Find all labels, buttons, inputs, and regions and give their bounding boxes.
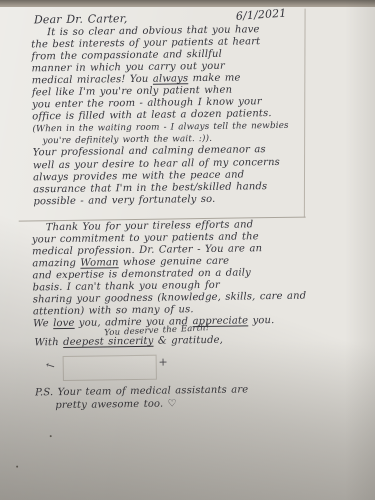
underlined-word: always [153, 73, 189, 84]
line-text: the best interests of your patients at h… [31, 36, 260, 50]
underlined-word: love [53, 318, 75, 329]
line-text: whose genuine care [119, 256, 230, 269]
underlined-word: Woman [80, 257, 118, 269]
arrow-mark-left: ← [44, 358, 57, 373]
closing-line: With deepest sincerity & gratitude, [34, 335, 223, 349]
line-text: assurance that I'm in the best/skilled h… [33, 181, 267, 195]
paragraph-1: It is so clear and obvious that you have… [31, 24, 290, 208]
line-text: medical miracles! You [32, 74, 153, 87]
letter-line: pretty awesome too. ♡ [35, 397, 248, 412]
photo-background: Dear Dr. Carter, 6/1/2021 It is so clear… [0, 0, 375, 500]
line-text: attention) with so many of us. [33, 304, 194, 317]
line-text: P.S. Your team of medical assistants are [35, 384, 248, 398]
line-text: With [34, 337, 63, 348]
line-text: We [33, 318, 53, 329]
line-text: amazing [32, 258, 80, 270]
postscript: P.S. Your team of medical assistants are… [35, 384, 249, 412]
letter-paper: Dear Dr. Carter, 6/1/2021 It is so clear… [0, 7, 375, 500]
line-text: make me [188, 73, 241, 85]
line-text: pretty awesome too. ♡ [55, 398, 177, 411]
line-text: you. [248, 315, 274, 326]
paragraph-2: Thank You for your tireless efforts and … [32, 219, 307, 331]
line-text: & gratitude, [153, 335, 223, 347]
date: 6/1/2021 [235, 7, 286, 23]
salutation: Dear Dr. Carter, [34, 12, 128, 26]
paper-speck [50, 435, 52, 437]
signature-redaction-box: ← + [63, 355, 157, 381]
page-edge-line-vertical [304, 9, 306, 218]
tick-mark-right: + [158, 356, 167, 369]
letter-line: possible - and very fortunately so. [33, 192, 289, 208]
paper-speck [16, 466, 18, 468]
line-text: possible - and very fortunately so. [33, 194, 215, 208]
letter-content: Dear Dr. Carter, 6/1/2021 It is so clear… [0, 3, 375, 500]
underlined-word: deepest sincerity [63, 336, 154, 348]
